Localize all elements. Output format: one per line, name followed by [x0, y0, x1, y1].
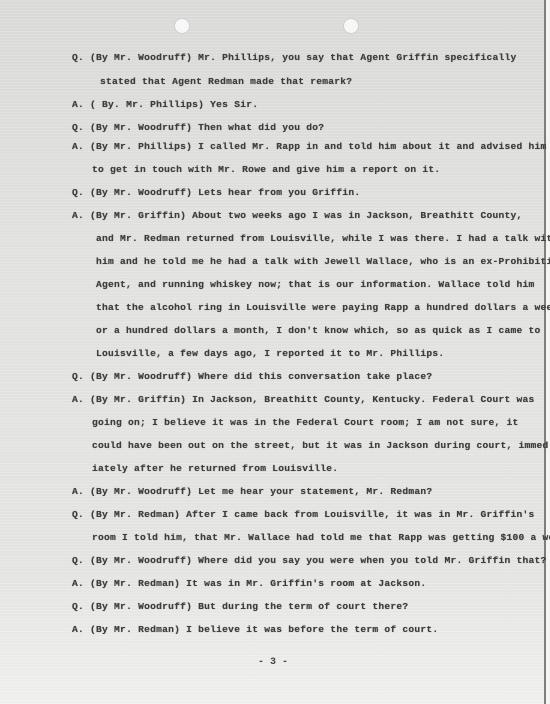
transcript-line: A. ( By. Mr. Phillips) Yes Sir.: [72, 99, 258, 111]
transcript-line: that the alcohol ring in Louisville were…: [96, 302, 550, 314]
transcript-line: could have been out on the street, but i…: [92, 440, 550, 452]
transcript-line: him and he told me he had a talk with Je…: [96, 256, 550, 268]
transcript-line: Q. (By Mr. Woodruff) Where did you say y…: [72, 555, 547, 567]
page-number: - 3 -: [0, 657, 546, 668]
transcript-line: going on; I believe it was in the Federa…: [92, 417, 519, 429]
transcript-line: room I told him, that Mr. Wallace had to…: [92, 532, 550, 544]
transcript-line: and Mr. Redman returned from Louisville,…: [96, 233, 550, 245]
transcript-line: A. (By Mr. Woodruff) Let me hear your st…: [72, 486, 432, 498]
transcript-line: to get in touch with Mr. Rowe and give h…: [92, 164, 440, 176]
transcript-line: A. (By Mr. Phillips) I called Mr. Rapp i…: [72, 141, 547, 153]
typewritten-transcript-page: Q. (By Mr. Woodruff) Mr. Phillips, you s…: [0, 0, 546, 704]
transcript-line: A. (By Mr. Griffin) In Jackson, Breathit…: [72, 394, 535, 406]
transcript-line: iately after he returned from Louisville…: [92, 463, 338, 475]
transcript-line: Q. (By Mr. Woodruff) Where did this conv…: [72, 371, 432, 383]
transcript-line: Q. (By Mr. Woodruff) But during the term…: [72, 601, 408, 613]
transcript-line: Q. (By Mr. Redman) After I came back fro…: [72, 509, 535, 521]
transcript-line: Agent, and running whiskey now; that is …: [96, 279, 535, 291]
transcript-line: A. (By Mr. Redman) I believe it was befo…: [72, 624, 438, 636]
punch-hole: [174, 18, 190, 34]
transcript-line: or a hundred dollars a month, I don't kn…: [96, 325, 541, 337]
transcript-line: Louisville, a few days ago, I reported i…: [96, 348, 444, 360]
transcript-line: stated that Agent Redman made that remar…: [100, 76, 352, 88]
transcript-line: Q. (By Mr. Woodruff) Then what did you d…: [72, 122, 324, 134]
transcript-line: Q. (By Mr. Woodruff) Mr. Phillips, you s…: [72, 52, 517, 64]
punch-hole: [343, 18, 359, 34]
transcript-line: A. (By Mr. Redman) It was in Mr. Griffin…: [72, 578, 426, 590]
transcript-line: Q. (By Mr. Woodruff) Lets hear from you …: [72, 187, 360, 199]
transcript-line: A. (By Mr. Griffin) About two weeks ago …: [72, 210, 523, 222]
